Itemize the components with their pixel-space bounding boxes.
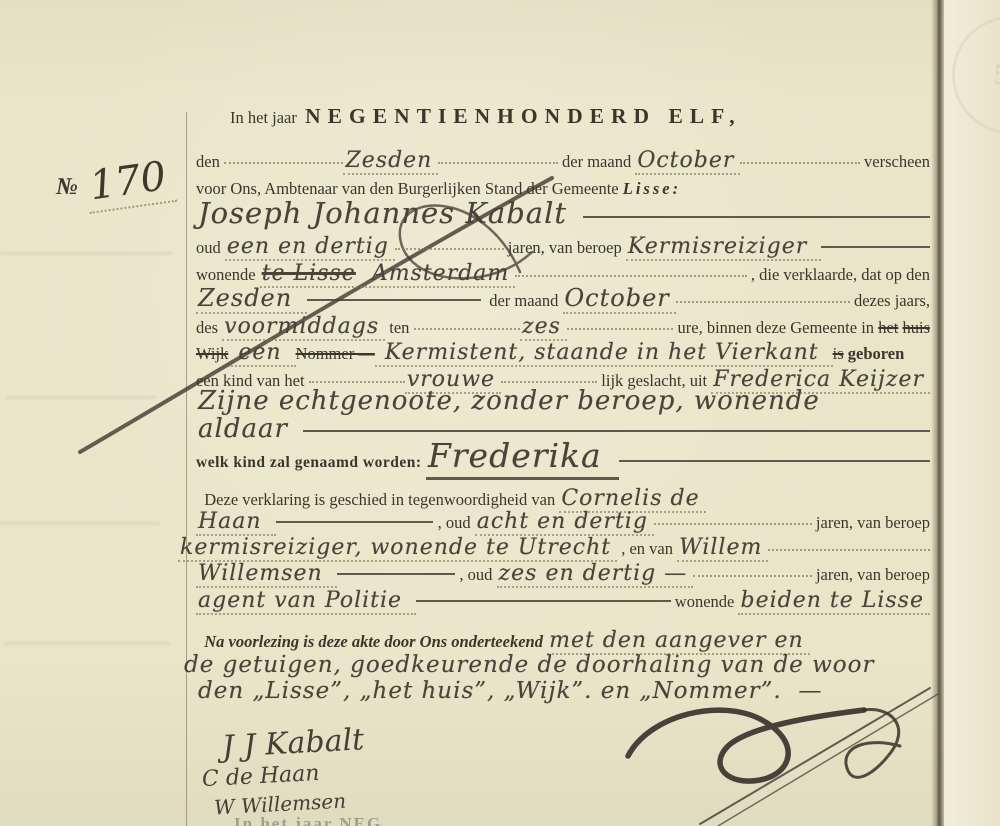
- handwritten-text: Zijne echtgenoote, zonder beroep, wonend…: [196, 386, 826, 416]
- handwritten-text: beiden te Lisse: [738, 588, 930, 615]
- printed-text: welk kind zal genaamd worden:: [196, 454, 426, 472]
- printed-text: , en van: [617, 539, 677, 559]
- form-line: oud een en dertig jaren, van beroep Kerm…: [196, 234, 930, 261]
- dotted-leader: [501, 368, 597, 383]
- dotted-leader: [438, 149, 558, 164]
- form-margin-rule: [186, 112, 187, 826]
- printed-text: wonende: [196, 265, 260, 285]
- next-act-fragment: In het jaar NEG: [234, 814, 382, 826]
- form-line: den „Lisse”, „het huis”, „Wijk”. en „Nom…: [196, 678, 930, 704]
- handwritten-text: Willem: [677, 535, 768, 562]
- dotted-leader: [693, 562, 812, 577]
- dotted-leader: [654, 510, 812, 525]
- form-line: agent van Politie wonende beiden te Liss…: [196, 588, 930, 615]
- form-line: Na voorlezing is deze akte door Ons onde…: [196, 628, 930, 655]
- form-line: In het jaar NEGENTIENHONDERD ELF,: [230, 104, 742, 129]
- printed-text: huis: [902, 318, 930, 338]
- form-line: des voormiddags ten zes ure, binnen deze…: [196, 314, 930, 341]
- dotted-leader: [768, 536, 930, 551]
- printed-text: der maand: [558, 152, 635, 172]
- handwritten-text: de getuigen, goedkeurende de doorhaling …: [182, 652, 881, 678]
- printed-text: In het jaar: [230, 108, 305, 128]
- dotted-leader: [515, 262, 746, 277]
- printed-text: Na voorlezing is deze akte door Ons onde…: [196, 632, 547, 652]
- form-line: Willemsen , oud zes en dertig — jaren, v…: [196, 561, 930, 588]
- form-line: den Zesden der maand October verscheen: [196, 148, 930, 175]
- handwritten-text: zes en dertig —: [497, 561, 694, 588]
- registrar-signature: [610, 686, 940, 826]
- dotted-leader: [395, 235, 504, 250]
- handwritten-text: Kermisreiziger: [626, 234, 821, 261]
- printed-text: der maand: [481, 291, 563, 311]
- pen-stroke-filler: [337, 560, 456, 575]
- pen-stroke-filler: [583, 203, 930, 218]
- printed-text: Nommer —: [296, 344, 375, 364]
- form-line: Haan , oud acht en dertig jaren, van ber…: [196, 509, 930, 536]
- handwritten-text: acht en dertig: [475, 509, 654, 536]
- handwritten-text: met den aangever en: [547, 628, 810, 655]
- handwritten-text: Zesden: [196, 284, 307, 314]
- bleedthrough-mark: [4, 642, 170, 645]
- pen-stroke-filler: [416, 587, 671, 602]
- dotted-leader: [676, 288, 850, 303]
- printed-text: , oud: [455, 565, 496, 585]
- handwritten-text: agent van Politie: [196, 588, 416, 615]
- handwritten-text: een en dertig: [225, 234, 395, 261]
- witness1-signature: C de Haan: [201, 761, 320, 792]
- printed-text: ten: [385, 318, 413, 338]
- printed-text: jaren, van beroep: [812, 513, 930, 533]
- handwritten-text: kermisreiziger, wonende te Utrecht: [178, 535, 617, 562]
- act-number-label: №: [56, 174, 78, 200]
- bleedthrough-mark: [6, 396, 156, 399]
- pen-stroke-filler: [821, 233, 930, 248]
- printed-text: , die verklaarde, dat op den: [747, 265, 930, 285]
- book-gutter: [931, 0, 945, 826]
- declarant-signature: J J Kabalt: [221, 722, 365, 764]
- pen-stroke-filler: [276, 508, 434, 523]
- handwritten-text: Willemsen: [196, 561, 337, 588]
- form-line: de getuigen, goedkeurende de doorhaling …: [182, 652, 930, 678]
- form-line: welk kind zal genaamd worden: Frederika: [196, 436, 930, 480]
- handwritten-text: voormiddags: [222, 314, 385, 341]
- stamp-value: 50: [994, 58, 1000, 92]
- margin-number: №170: [56, 158, 174, 208]
- form-line: Joseph Johannes Kabalt: [196, 196, 930, 230]
- printed-text: NEGENTIENHONDERD ELF,: [305, 104, 742, 129]
- handwritten-text: Haan: [196, 509, 276, 536]
- printed-text: verscheen: [860, 152, 930, 172]
- handwritten-text: den „Lisse”, „het huis”, „Wijk”. en „Nom…: [196, 678, 828, 704]
- act-number-value: 170: [83, 152, 177, 214]
- bleedthrough-mark: [0, 252, 172, 255]
- handwritten-text: Joseph Johannes Kabalt: [196, 196, 583, 230]
- printed-text: is: [833, 344, 844, 364]
- birth-certificate-page: №170 In het jaar NEGENTIENHONDERD ELF,de…: [0, 0, 1000, 826]
- bleedthrough-mark: [0, 522, 160, 525]
- handwritten-text: zes: [520, 314, 567, 341]
- printed-text: des: [196, 318, 222, 338]
- printed-text: Wijk: [196, 344, 228, 364]
- printed-text: jaren, van beroep: [812, 565, 930, 585]
- form-line: Zesden der maand October dezes jaars,: [196, 284, 930, 314]
- dotted-leader: [740, 149, 860, 164]
- printed-text: dezes jaars,: [850, 291, 930, 311]
- printed-text: den: [196, 152, 224, 172]
- handwritten-text: Zesden: [343, 148, 438, 175]
- dotted-leader: [224, 149, 344, 164]
- dotted-leader: [309, 368, 405, 383]
- handwritten-text: October: [563, 284, 676, 314]
- printed-text: , oud: [433, 513, 474, 533]
- printed-text: ure, binnen deze Gemeente in: [673, 318, 878, 338]
- dotted-leader: [414, 315, 520, 330]
- form-line: Zijne echtgenoote, zonder beroep, wonend…: [196, 386, 930, 416]
- printed-text: het: [878, 318, 898, 338]
- pen-stroke-filler: [307, 286, 481, 301]
- handwritten-text: October: [635, 148, 740, 175]
- pen-stroke-filler: [303, 417, 930, 432]
- printed-text: oud: [196, 238, 225, 258]
- printed-text: jaren, van beroep: [504, 238, 626, 258]
- handwritten-text: Kermistent, staande in het Vierkant: [375, 340, 833, 367]
- pen-stroke-filler: [619, 447, 930, 462]
- handwritten-text: Frederika: [426, 436, 619, 480]
- form-line: kermisreiziger, wonende te Utrecht , en …: [178, 535, 930, 562]
- dotted-leader: [567, 315, 673, 330]
- form-line: Wijk een Nommer — Kermistent, staande in…: [196, 340, 930, 367]
- handwritten-text: een: [228, 340, 295, 367]
- printed-text: geboren: [844, 344, 905, 364]
- printed-text: wonende: [671, 592, 739, 612]
